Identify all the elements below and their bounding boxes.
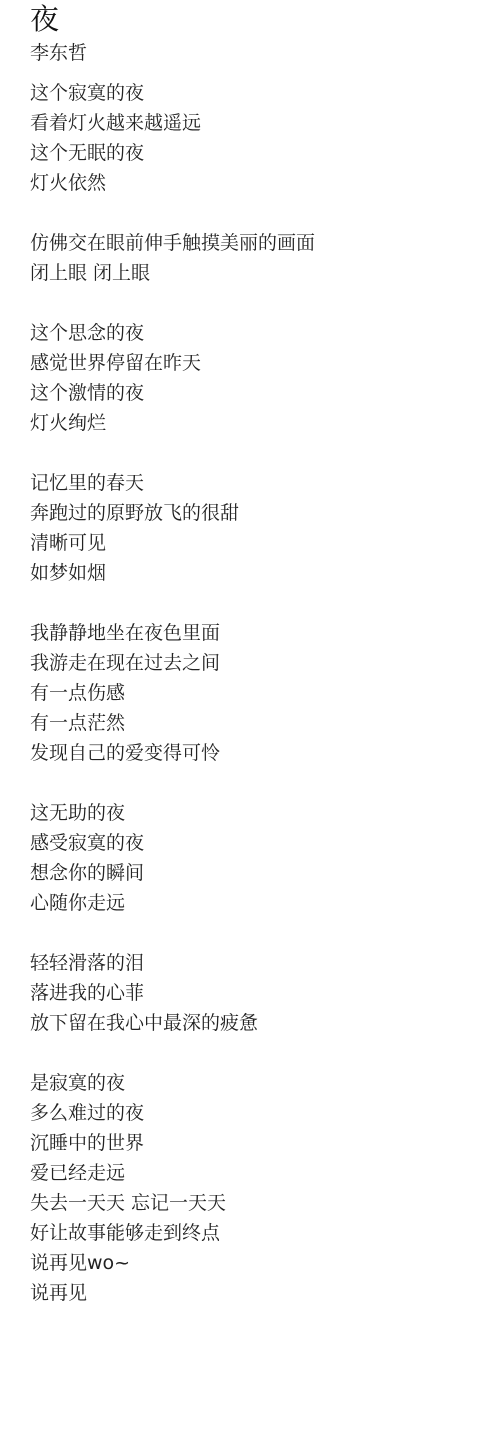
lyric-line: 灯火依然 — [30, 168, 500, 198]
lyric-line: 这个思念的夜 — [30, 318, 500, 348]
lyric-line: 落进我的心菲 — [30, 978, 500, 1008]
lyric-line: 爱已经走远 — [30, 1158, 500, 1188]
lyric-line: 这个无眠的夜 — [30, 138, 500, 168]
lyric-line: 有一点伤感 — [30, 678, 500, 708]
lyric-line: 感觉世界停留在昨天 — [30, 348, 500, 378]
lyric-line: 奔跑过的原野放飞的很甜 — [30, 498, 500, 528]
lyric-line: 这个寂寞的夜 — [30, 78, 500, 108]
lyric-line: 多么难过的夜 — [30, 1098, 500, 1128]
lyric-line: 是寂寞的夜 — [30, 1068, 500, 1098]
stanza-7: 轻轻滑落的泪 落进我的心菲 放下留在我心中最深的疲惫 — [30, 948, 500, 1038]
lyrics-page: 夜 李东哲 这个寂寞的夜 看着灯火越来越遥远 这个无眠的夜 灯火依然 仿佛交在眼… — [0, 0, 500, 1308]
lyric-line: 看着灯火越来越遥远 — [30, 108, 500, 138]
lyric-line: 我游走在现在过去之间 — [30, 648, 500, 678]
lyric-line: 这无助的夜 — [30, 798, 500, 828]
stanza-8: 是寂寞的夜 多么难过的夜 沉睡中的世界 爱已经走远 失去一天天 忘记一天天 好让… — [30, 1068, 500, 1308]
song-artist: 李东哲 — [30, 38, 500, 68]
stanza-5: 我静静地坐在夜色里面 我游走在现在过去之间 有一点伤感 有一点茫然 发现自己的爱… — [30, 618, 500, 768]
lyric-line: 感受寂寞的夜 — [30, 828, 500, 858]
lyric-line: 好让故事能够走到终点 — [30, 1218, 500, 1248]
lyric-line: 放下留在我心中最深的疲惫 — [30, 1008, 500, 1038]
stanza-6: 这无助的夜 感受寂寞的夜 想念你的瞬间 心随你走远 — [30, 798, 500, 918]
lyric-line: 记忆里的春天 — [30, 468, 500, 498]
lyric-line: 清晰可见 — [30, 528, 500, 558]
song-title: 夜 — [30, 0, 500, 38]
lyric-line: 沉睡中的世界 — [30, 1128, 500, 1158]
lyric-line: 这个激情的夜 — [30, 378, 500, 408]
lyric-line: 想念你的瞬间 — [30, 858, 500, 888]
lyric-line: 心随你走远 — [30, 888, 500, 918]
stanza-2: 仿佛交在眼前伸手触摸美丽的画面 闭上眼 闭上眼 — [30, 228, 500, 288]
stanza-4: 记忆里的春天 奔跑过的原野放飞的很甜 清晰可见 如梦如烟 — [30, 468, 500, 588]
stanza-3: 这个思念的夜 感觉世界停留在昨天 这个激情的夜 灯火绚烂 — [30, 318, 500, 438]
lyric-line: 失去一天天 忘记一天天 — [30, 1188, 500, 1218]
lyric-line: 灯火绚烂 — [30, 408, 500, 438]
lyrics-body: 这个寂寞的夜 看着灯火越来越遥远 这个无眠的夜 灯火依然 仿佛交在眼前伸手触摸美… — [30, 78, 500, 1308]
lyric-line: 发现自己的爱变得可怜 — [30, 738, 500, 768]
lyric-line: 轻轻滑落的泪 — [30, 948, 500, 978]
lyric-line: 仿佛交在眼前伸手触摸美丽的画面 — [30, 228, 500, 258]
lyric-line: 说再见 — [30, 1278, 500, 1308]
lyric-line: 如梦如烟 — [30, 558, 500, 588]
lyric-line: 有一点茫然 — [30, 708, 500, 738]
lyric-line: 我静静地坐在夜色里面 — [30, 618, 500, 648]
lyric-line: 闭上眼 闭上眼 — [30, 258, 500, 288]
lyric-line: 说再见wo~ — [30, 1248, 500, 1278]
stanza-1: 这个寂寞的夜 看着灯火越来越遥远 这个无眠的夜 灯火依然 — [30, 78, 500, 198]
